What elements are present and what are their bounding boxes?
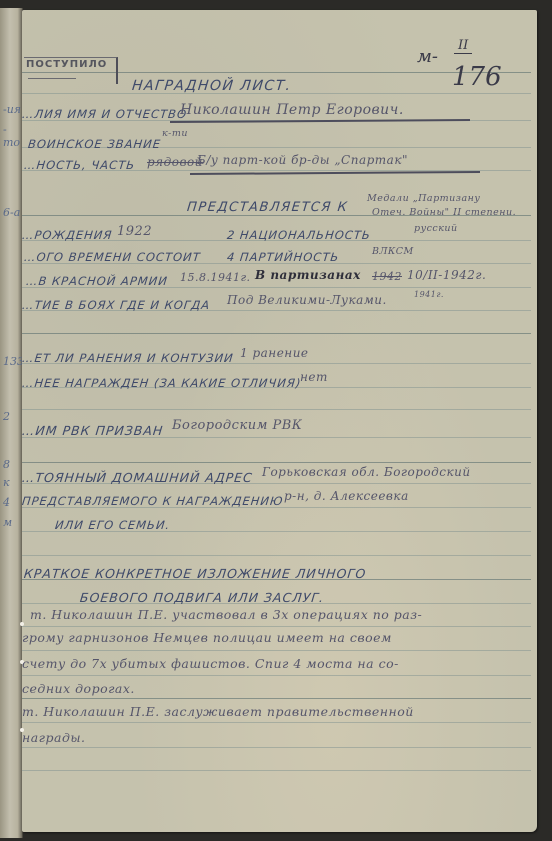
presented-value-line1: Медали „Партизану bbox=[367, 193, 480, 204]
field-label-unit: …ность, часть bbox=[23, 158, 136, 172]
field-value-prev-awards: нет bbox=[300, 370, 328, 384]
margin-mark: -ия bbox=[3, 103, 21, 116]
field-value-name: Николашин Петр Егорович. bbox=[180, 102, 404, 118]
ruled-line bbox=[22, 626, 531, 627]
field-label-nationality: 2 национальность bbox=[226, 228, 371, 242]
field-label-rank: воинское звание bbox=[27, 137, 161, 151]
margin-mark: м bbox=[3, 516, 12, 529]
field-value-partisans-date: 10/II-1942г. bbox=[407, 268, 486, 282]
stamp-label: ПОСТУПИЛО bbox=[26, 59, 107, 70]
presented-value-line2: Отеч. Войны" II степени. bbox=[372, 207, 516, 218]
field-value-red-army-date: 15.8.1941г. bbox=[180, 271, 251, 284]
ruled-line bbox=[22, 747, 531, 748]
field-value-unit-struck: рядовой bbox=[147, 155, 203, 169]
field-value-address-line2: р-н, д. Алексеевка bbox=[284, 489, 409, 503]
field-label-wounds: …ет ли ранения и контузии bbox=[21, 351, 234, 365]
margin-mark: 6-а bbox=[3, 206, 20, 219]
field-label-red-army: …в Красной Армии bbox=[25, 274, 168, 288]
award-sheet-page: ПОСТУПИЛО м- II 176 НАГРАДНОЙ ЛИСТ. …лия… bbox=[22, 10, 537, 832]
archive-prefix: м- bbox=[417, 46, 438, 67]
field-value-partisans: В партизанах bbox=[255, 268, 361, 282]
field-label-birth: …рождения bbox=[21, 228, 113, 242]
feat-text-line: т. Николашин П.Е. участвовал в 3х операц… bbox=[30, 607, 422, 622]
field-label-battles: …тие в боях где и когда bbox=[21, 298, 211, 312]
archive-number: 176 bbox=[452, 62, 502, 92]
document-title: НАГРАДНОЙ ЛИСТ. bbox=[131, 78, 292, 94]
ruled-line bbox=[22, 675, 531, 676]
ruled-line bbox=[22, 333, 531, 334]
feat-heading-line1: Краткое конкретное изложение личного bbox=[23, 566, 367, 581]
field-value-nationality: русский bbox=[414, 223, 458, 234]
feat-text-line: награды. bbox=[22, 730, 86, 745]
ruled-line bbox=[22, 722, 531, 723]
field-label-address: …тоянный домашний адрес bbox=[21, 470, 253, 485]
punch-hole bbox=[20, 622, 24, 626]
margin-mark: 8 bbox=[3, 458, 10, 471]
stamp-line bbox=[28, 78, 76, 79]
ruled-line bbox=[22, 650, 531, 651]
field-value-rvk: Богородским РВК bbox=[172, 418, 302, 433]
field-label-party: 4 партийность bbox=[226, 250, 340, 264]
field-label-name: …лия имя и отчество bbox=[21, 107, 188, 121]
field-label-rvk: …им РВК призван bbox=[21, 423, 164, 438]
margin-mark: 4 bbox=[3, 496, 10, 509]
field-value-red-army-struck: 1942 bbox=[372, 270, 402, 283]
field-label-since: …ого времени состоит bbox=[23, 250, 201, 264]
unit-underline bbox=[190, 171, 480, 175]
field-label-address-3: или его семьи. bbox=[54, 518, 171, 532]
field-value-battles: Под Великими-Луками. bbox=[227, 293, 387, 307]
binding-edge: -ия -mo 6-а 133 2 8 к 4 м bbox=[0, 8, 23, 838]
presented-label: ПРЕДСТАВЛЯЕТСЯ К bbox=[186, 200, 349, 215]
field-label-address-2: представляемого к награждению bbox=[21, 494, 284, 508]
margin-mark: 2 bbox=[3, 410, 10, 423]
feat-text-line: седних дорогах. bbox=[22, 681, 135, 696]
field-label-prev-awards: …нее награжден (за какие отличия) bbox=[21, 376, 302, 390]
feat-text-line: грому гарнизонов Немцев полицаи имеет на… bbox=[22, 630, 392, 645]
feat-text-line: счету до 7х убитых фашистов. Спиг 4 мост… bbox=[22, 656, 399, 671]
archive-roman: II bbox=[454, 38, 472, 54]
ruled-line bbox=[22, 462, 531, 463]
field-value-battles-year: 1941г. bbox=[414, 290, 444, 299]
field-value-birth: 1922 bbox=[117, 224, 152, 239]
ruled-line bbox=[22, 698, 531, 699]
margin-mark: к bbox=[3, 476, 10, 489]
field-value-rank: к-ти bbox=[162, 128, 188, 139]
feat-heading-line2: боевого подвига или заслуг. bbox=[79, 590, 325, 605]
ruled-line bbox=[22, 409, 531, 410]
ruled-line bbox=[22, 770, 531, 771]
ruled-line bbox=[22, 555, 531, 556]
received-stamp: ПОСТУПИЛО bbox=[24, 57, 118, 84]
feat-text-line: т. Николашин П.Е. заслуживает правительс… bbox=[22, 704, 414, 719]
margin-mark: -mo bbox=[3, 123, 22, 149]
field-value-address-line1: Горьковская обл. Богородский bbox=[262, 465, 471, 479]
field-value-wounds: 1 ранение bbox=[240, 346, 309, 360]
field-value-unit: Б/у парт-кой бр-ды „Спартак" bbox=[197, 153, 408, 167]
field-value-party: ВЛКСМ bbox=[372, 246, 414, 257]
